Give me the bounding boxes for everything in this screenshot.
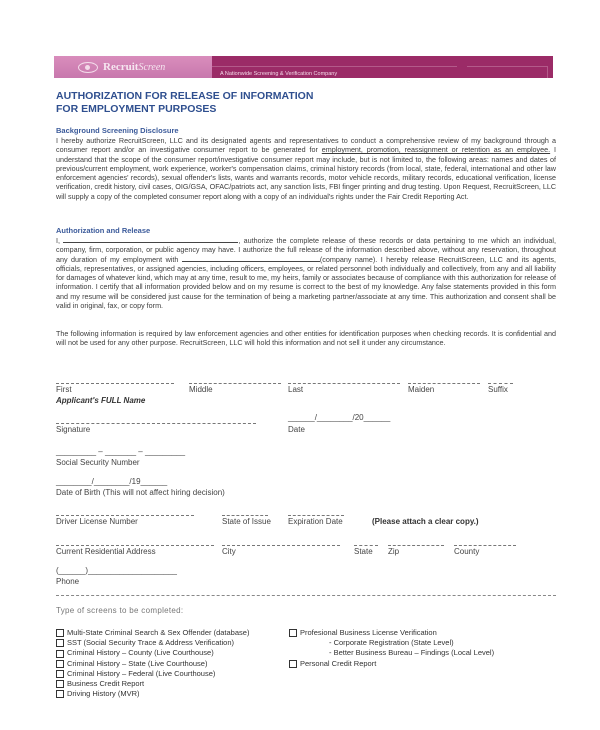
document-title: AUTHORIZATION FOR RELEASE OF INFORMATION…	[56, 90, 313, 116]
checkbox[interactable]	[56, 690, 64, 698]
screens-left-column: Multi-State Criminal Search & Sex Offend…	[56, 628, 249, 699]
dob-field[interactable]: ________/________/19______	[56, 477, 167, 486]
authorization-text: I, , authorize the complete release of t…	[56, 236, 556, 310]
confidentiality-notice: The following information is required by…	[56, 329, 556, 348]
phone-field[interactable]: (______)____________________	[56, 566, 177, 575]
first-label: First	[56, 385, 72, 394]
title-line-1: AUTHORIZATION FOR RELEASE OF INFORMATION	[56, 90, 313, 103]
driver-license-field[interactable]	[56, 515, 194, 516]
checkbox[interactable]	[56, 660, 64, 668]
screen-option-sst-social-security-trace-address-verifi[interactable]: SST (Social Security Trace & Address Ver…	[56, 638, 249, 648]
address-label: Current Residential Address	[56, 547, 156, 556]
suffix-label: Suffix	[488, 385, 508, 394]
dob-label: Date of Birth (This will not affect hiri…	[56, 488, 225, 497]
disclosure-text: I hereby authorize RecruitScreen, LLC an…	[56, 136, 556, 201]
header-banner: A Nationwide Screening & Verification Co…	[212, 56, 553, 78]
eye-icon	[78, 62, 98, 73]
phone-label: Phone	[56, 577, 79, 586]
screen-option-label: Personal Credit Report	[300, 659, 376, 669]
authorization-heading: Authorization and Release	[56, 226, 150, 235]
address-field[interactable]	[56, 545, 214, 546]
screen-option-criminal-history-county-live-courthouse[interactable]: Criminal History – County (Live Courthou…	[56, 648, 249, 658]
applicant-name-blank[interactable]	[63, 236, 238, 243]
checkbox[interactable]	[56, 670, 64, 678]
maiden-label: Maiden	[408, 385, 434, 394]
checkbox[interactable]	[289, 629, 297, 637]
screen-option-label: Multi-State Criminal Search & Sex Offend…	[67, 628, 249, 638]
checkbox[interactable]	[56, 650, 64, 658]
city-label: City	[222, 547, 236, 556]
company-header: RecruitScreen A Nationwide Screening & V…	[54, 56, 553, 78]
driver-license-label: Driver License Number	[56, 517, 138, 526]
title-line-2: FOR EMPLOYMENT PURPOSES	[56, 103, 313, 116]
screen-option-label: Driving History (MVR)	[67, 689, 140, 699]
screen-option-label: Criminal History – Federal (Live Courtho…	[67, 669, 215, 679]
attach-copy-note: (Please attach a clear copy.)	[372, 517, 479, 526]
checkbox[interactable]	[56, 680, 64, 688]
section-divider	[56, 595, 556, 596]
last-name-field[interactable]	[288, 383, 400, 384]
logo-accent-text: Screen	[138, 62, 165, 73]
ssn-label: Social Security Number	[56, 458, 140, 467]
last-label: Last	[288, 385, 303, 394]
signature-label: Signature	[56, 425, 90, 434]
middle-name-field[interactable]	[189, 383, 281, 384]
full-name-label: Applicant's FULL Name	[56, 396, 145, 405]
expiration-date-field[interactable]	[288, 515, 344, 516]
checkbox[interactable]	[56, 639, 64, 647]
underlined-purpose: employment, promotion, reassignment or r…	[322, 145, 550, 154]
screen-option-driving-history-mvr[interactable]: Driving History (MVR)	[56, 689, 249, 699]
logo-main-text: Recruit	[103, 61, 138, 73]
ssn-field[interactable]: _________ – _______ – _________	[56, 447, 185, 456]
county-label: County	[454, 547, 479, 556]
state-field[interactable]	[354, 545, 378, 546]
county-field[interactable]	[454, 545, 516, 546]
screen-option-label: Criminal History – State (Live Courthous…	[67, 659, 207, 669]
signature-field[interactable]	[56, 423, 256, 424]
maiden-name-field[interactable]	[408, 383, 480, 384]
state-label: State	[354, 547, 373, 556]
suffix-field[interactable]	[488, 383, 513, 384]
date-label: Date	[288, 425, 305, 434]
screen-option-profesional-business-license-verificatio[interactable]: Profesional Business License Verificatio…	[289, 628, 494, 638]
screen-option-criminal-history-state-live-courthouse[interactable]: Criminal History – State (Live Courthous…	[56, 659, 249, 669]
expiration-date-label: Expiration Date	[288, 517, 343, 526]
screen-option-business-credit-report[interactable]: Business Credit Report	[56, 679, 249, 689]
screen-option-criminal-history-federal-live-courthouse[interactable]: Criminal History – Federal (Live Courtho…	[56, 669, 249, 679]
screen-sub-item: - Better Business Bureau – Findings (Loc…	[289, 648, 494, 658]
screen-sub-item: - Corporate Registration (State Level)	[289, 638, 494, 648]
company-logo: RecruitScreen	[54, 56, 212, 78]
middle-label: Middle	[189, 385, 213, 394]
checkbox[interactable]	[56, 629, 64, 637]
screen-option-label: Criminal History – County (Live Courthou…	[67, 648, 214, 658]
company-tagline: A Nationwide Screening & Verification Co…	[220, 71, 337, 77]
zip-label: Zip	[388, 547, 399, 556]
state-of-issue-label: State of Issue	[222, 517, 271, 526]
screens-right-column: Profesional Business License Verificatio…	[289, 628, 494, 669]
checkbox[interactable]	[289, 660, 297, 668]
screen-option-label: Profesional Business License Verificatio…	[300, 628, 437, 638]
company-name-blank[interactable]	[182, 255, 320, 262]
disclosure-heading: Background Screening Disclosure	[56, 126, 179, 135]
city-field[interactable]	[222, 545, 340, 546]
first-name-field[interactable]	[56, 383, 174, 384]
screen-option-label: SST (Social Security Trace & Address Ver…	[67, 638, 234, 648]
zip-field[interactable]	[388, 545, 444, 546]
screen-option-personal-credit-report[interactable]: Personal Credit Report	[289, 659, 494, 669]
date-field[interactable]: ______/________/20______	[288, 413, 390, 422]
screen-option-label: Business Credit Report	[67, 679, 144, 689]
screen-option-multi-state-criminal-search-sex-offender[interactable]: Multi-State Criminal Search & Sex Offend…	[56, 628, 249, 638]
state-of-issue-field[interactable]	[222, 515, 268, 516]
screens-heading: Type of screens to be completed:	[56, 606, 183, 615]
